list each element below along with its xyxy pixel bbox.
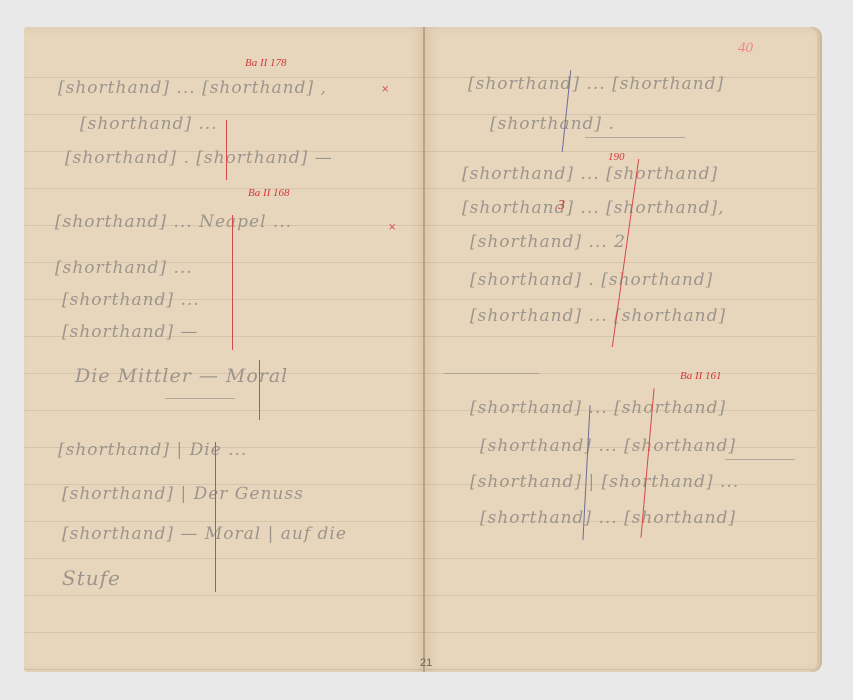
- handwriting-line: [shorthand] ... [shorthand]: [480, 436, 736, 456]
- handwriting-line: [shorthand] —: [62, 322, 198, 342]
- handwriting-line: [shorthand] ... Neapel ...: [55, 212, 292, 232]
- handwriting-line: [shorthand] ... 2: [470, 232, 626, 252]
- archive-ref-annotation: 190: [608, 151, 625, 163]
- page-number: 21: [420, 657, 432, 669]
- handwriting-line: [shorthand] ... [shorthand]: [480, 508, 736, 528]
- underline: [585, 137, 685, 138]
- handwriting-line: [shorthand] ... [shorthand]: [468, 74, 724, 94]
- blue-margin-stroke: [215, 442, 216, 592]
- handwriting-line: [shorthand] | [shorthand] ...: [470, 472, 739, 492]
- handwriting-line: [shorthand] .: [490, 114, 615, 134]
- underline: [165, 398, 235, 399]
- red-margin-stroke: [259, 360, 260, 420]
- handwriting-line: [shorthand] . [shorthand] —: [65, 148, 333, 168]
- handwriting-line: Die Mittler — Moral: [75, 365, 288, 387]
- x-mark: ×: [388, 222, 396, 233]
- red-margin-stroke: [226, 120, 227, 180]
- handwriting-line: [shorthand] — Moral | auf die: [62, 524, 347, 544]
- notebook-spread: Ba II 178 × [shorthand] ... [shorthand] …: [0, 0, 853, 700]
- handwriting-line: [shorthand] . [shorthand]: [470, 270, 713, 290]
- handwriting-line: [shorthand] ... [shorthand] ,: [58, 78, 327, 98]
- handwriting-line: [shorthand] | Der Genuss: [62, 484, 304, 504]
- archive-ref-annotation: Ba II 178: [245, 57, 287, 69]
- handwriting-line: [shorthand] ... [shorthand],: [462, 198, 725, 218]
- handwriting-line: [shorthand] ... [shorthand]: [470, 398, 726, 418]
- x-mark: ×: [381, 84, 389, 95]
- handwriting-line: [shorthand] ...: [80, 114, 218, 134]
- section-divider: [444, 373, 539, 374]
- handwriting-line: [shorthand] ... [shorthand]: [462, 164, 718, 184]
- handwriting-line: Stufe: [62, 566, 121, 590]
- handwriting-line: [shorthand] ... [shorthand]: [470, 306, 726, 326]
- underline: [725, 459, 795, 460]
- red-margin-stroke: [232, 215, 233, 350]
- archive-ref-annotation: Ba II 161: [680, 370, 722, 382]
- handwriting-line: [shorthand] ...: [62, 290, 200, 310]
- archive-ref-annotation: Ba II 168: [248, 187, 290, 199]
- gutter: [423, 27, 425, 672]
- folio-number: 40: [738, 40, 753, 57]
- red-numeral: 3: [558, 198, 565, 214]
- right-page: [425, 27, 817, 672]
- handwriting-line: [shorthand] ...: [55, 258, 193, 278]
- handwriting-line: [shorthand] | Die ...: [58, 440, 247, 460]
